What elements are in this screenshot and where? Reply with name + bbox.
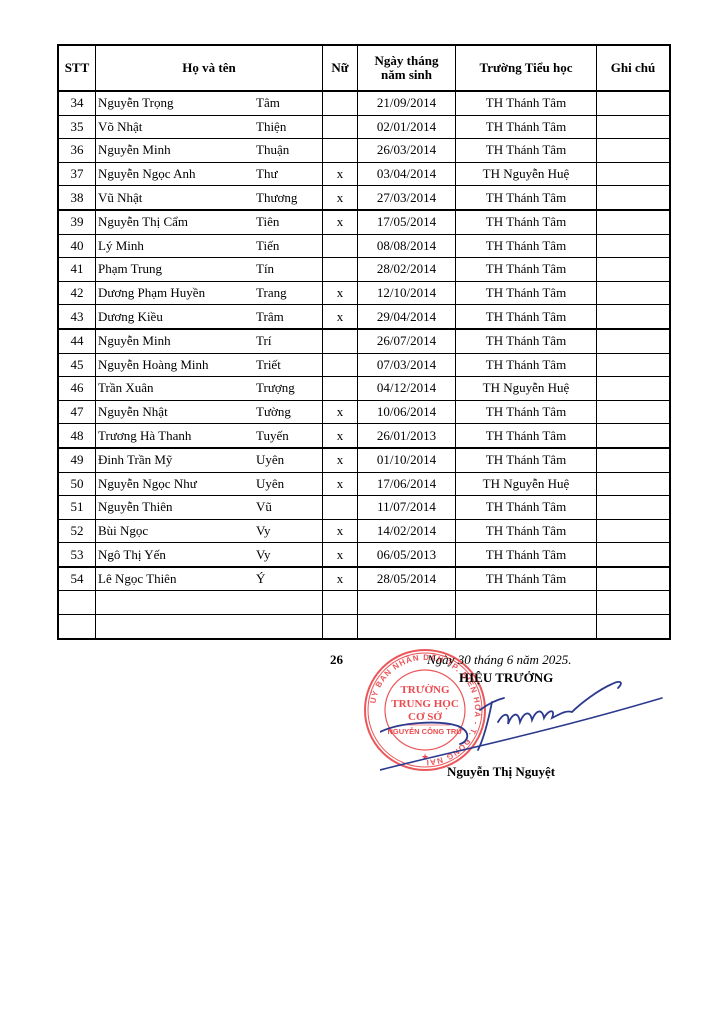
header-dob-line2: năm sinh	[381, 67, 432, 82]
cell-primary-school: TH Thánh Tâm	[456, 210, 597, 234]
cell-stt: 52	[58, 519, 96, 543]
cell-first-name: Uyên	[256, 453, 284, 467]
cell-last-name: Nguyễn Minh	[98, 143, 256, 157]
cell-date-of-birth: 26/01/2013	[358, 424, 456, 448]
cell-stt: 41	[58, 258, 96, 282]
cell-date-of-birth: 12/10/2014	[358, 281, 456, 305]
cell-first-name: Trang	[256, 286, 287, 300]
cell-last-name: Dương Kiều	[98, 310, 256, 324]
table-header-row: STT Họ và tên Nữ Ngày tháng năm sinh Trư…	[58, 45, 670, 91]
cell-primary-school: TH Thánh Tâm	[456, 139, 597, 163]
cell-first-name: Vy	[256, 548, 270, 562]
cell-first-name: Thương	[256, 191, 297, 205]
cell-female: x	[323, 210, 358, 234]
cell-stt: 51	[58, 496, 96, 520]
cell-primary-school: TH Thánh Tâm	[456, 448, 597, 472]
cell-full-name: Lê Ngọc ThiênÝ	[96, 567, 323, 591]
cell-stt	[58, 591, 96, 615]
cell-date-of-birth: 01/10/2014	[358, 448, 456, 472]
cell-last-name: Dương Phạm Huyền	[98, 286, 256, 300]
cell-note	[597, 472, 671, 496]
cell-note	[597, 186, 671, 210]
cell-date-of-birth: 08/08/2014	[358, 234, 456, 258]
cell-full-name: Nguyễn ThiênVũ	[96, 496, 323, 520]
cell-date-of-birth: 04/12/2014	[358, 377, 456, 401]
cell-female: x	[323, 448, 358, 472]
cell-first-name: Trí	[256, 334, 271, 348]
table-row: 41Phạm TrungTín28/02/2014TH Thánh Tâm	[58, 258, 670, 282]
cell-first-name: Tuyến	[256, 429, 289, 443]
cell-first-name: Tường	[256, 405, 291, 419]
cell-female: x	[323, 472, 358, 496]
cell-primary-school: TH Nguyễn Huệ	[456, 377, 597, 401]
cell-female: x	[323, 543, 358, 567]
cell-stt: 38	[58, 186, 96, 210]
table-row: 51Nguyễn ThiênVũ11/07/2014TH Thánh Tâm	[58, 496, 670, 520]
cell-full-name: Nguyễn Hoàng MinhTriết	[96, 353, 323, 377]
cell-full-name: Nguyễn NhậtTường	[96, 400, 323, 424]
cell-full-name: Trương Hà ThanhTuyến	[96, 424, 323, 448]
header-full-name: Họ và tên	[96, 45, 323, 91]
table-row: 40Lý MinhTiến08/08/2014TH Thánh Tâm	[58, 234, 670, 258]
cell-stt: 39	[58, 210, 96, 234]
cell-last-name: Bùi Ngọc	[98, 524, 256, 538]
cell-primary-school: TH Thánh Tâm	[456, 258, 597, 282]
cell-primary-school: TH Thánh Tâm	[456, 305, 597, 329]
cell-first-name: Trâm	[256, 310, 284, 324]
table-row: 49Đinh Trần MỹUyênx01/10/2014TH Thánh Tâ…	[58, 448, 670, 472]
cell-first-name: Vũ	[256, 500, 272, 514]
signer-name: Nguyễn Thị Nguyệt	[447, 764, 555, 780]
cell-primary-school: TH Thánh Tâm	[456, 424, 597, 448]
cell-full-name: Nguyễn MinhThuận	[96, 139, 323, 163]
cell-primary-school: TH Thánh Tâm	[456, 353, 597, 377]
cell-female: x	[323, 162, 358, 186]
table-row: 46Trần XuânTrượng04/12/2014TH Nguyễn Huệ	[58, 377, 670, 401]
cell-female: x	[323, 519, 358, 543]
cell-date-of-birth: 10/06/2014	[358, 400, 456, 424]
table-row: 39Nguyễn Thị CẩmTiênx17/05/2014TH Thánh …	[58, 210, 670, 234]
cell-stt: 35	[58, 115, 96, 139]
table-row: 42Dương Phạm HuyềnTrangx12/10/2014TH Thá…	[58, 281, 670, 305]
table-row	[58, 591, 670, 615]
cell-full-name: Nguyễn TrọngTâm	[96, 91, 323, 115]
cell-date-of-birth: 14/02/2014	[358, 519, 456, 543]
cell-stt	[58, 615, 96, 639]
cell-female	[323, 258, 358, 282]
cell-last-name: Phạm Trung	[98, 262, 256, 276]
cell-female	[323, 353, 358, 377]
cell-female	[323, 139, 358, 163]
cell-last-name: Vũ Nhật	[98, 191, 256, 205]
cell-note	[597, 377, 671, 401]
header-female: Nữ	[323, 45, 358, 91]
cell-date-of-birth	[358, 591, 456, 615]
cell-first-name: Tâm	[256, 96, 280, 110]
cell-note	[597, 519, 671, 543]
cell-note	[597, 258, 671, 282]
cell-first-name: Tín	[256, 262, 274, 276]
cell-note	[597, 139, 671, 163]
cell-date-of-birth: 07/03/2014	[358, 353, 456, 377]
cell-date-of-birth: 26/07/2014	[358, 329, 456, 353]
cell-last-name: Nguyễn Minh	[98, 334, 256, 348]
cell-stt: 48	[58, 424, 96, 448]
table-row: 52Bùi NgọcVyx14/02/2014TH Thánh Tâm	[58, 519, 670, 543]
cell-note	[597, 329, 671, 353]
cell-last-name: Lý Minh	[98, 239, 256, 253]
cell-last-name: Lê Ngọc Thiên	[98, 572, 256, 586]
cell-date-of-birth: 29/04/2014	[358, 305, 456, 329]
cell-date-of-birth: 27/03/2014	[358, 186, 456, 210]
cell-primary-school: TH Nguyễn Huệ	[456, 472, 597, 496]
cell-full-name: Trần XuânTrượng	[96, 377, 323, 401]
cell-female	[323, 615, 358, 639]
cell-female	[323, 591, 358, 615]
cell-date-of-birth: 28/02/2014	[358, 258, 456, 282]
cell-female: x	[323, 186, 358, 210]
table-row: 47Nguyễn NhậtTườngx10/06/2014TH Thánh Tâ…	[58, 400, 670, 424]
cell-note	[597, 210, 671, 234]
cell-date-of-birth: 28/05/2014	[358, 567, 456, 591]
cell-female: x	[323, 281, 358, 305]
cell-last-name: Trần Xuân	[98, 381, 256, 395]
cell-date-of-birth: 03/04/2014	[358, 162, 456, 186]
cell-female: x	[323, 400, 358, 424]
cell-female	[323, 496, 358, 520]
table-row: 35Võ NhậtThiện02/01/2014TH Thánh Tâm	[58, 115, 670, 139]
cell-note	[597, 424, 671, 448]
cell-first-name: Thư	[256, 167, 278, 181]
cell-last-name: Nguyễn Thị Cẩm	[98, 215, 256, 229]
cell-first-name: Triết	[256, 358, 281, 372]
cell-stt: 50	[58, 472, 96, 496]
cell-full-name: Lý MinhTiến	[96, 234, 323, 258]
cell-full-name: Đinh Trần MỹUyên	[96, 448, 323, 472]
cell-female	[323, 329, 358, 353]
cell-primary-school: TH Thánh Tâm	[456, 543, 597, 567]
table-row: 43Dương KiềuTrâmx29/04/2014TH Thánh Tâm	[58, 305, 670, 329]
cell-note	[597, 567, 671, 591]
table-row: 53Ngô Thị YếnVyx06/05/2013TH Thánh Tâm	[58, 543, 670, 567]
table-row	[58, 615, 670, 639]
cell-primary-school: TH Thánh Tâm	[456, 329, 597, 353]
cell-stt: 44	[58, 329, 96, 353]
cell-full-name: Vũ NhậtThương	[96, 186, 323, 210]
cell-stt: 45	[58, 353, 96, 377]
cell-stt: 36	[58, 139, 96, 163]
cell-stt: 40	[58, 234, 96, 258]
cell-stt: 34	[58, 91, 96, 115]
cell-note	[597, 448, 671, 472]
table-row: 50Nguyễn Ngọc NhưUyênx17/06/2014TH Nguyễ…	[58, 472, 670, 496]
cell-stt: 54	[58, 567, 96, 591]
cell-last-name: Nguyễn Thiên	[98, 500, 256, 514]
cell-primary-school: TH Thánh Tâm	[456, 115, 597, 139]
cell-note	[597, 305, 671, 329]
cell-date-of-birth	[358, 615, 456, 639]
cell-full-name: Nguyễn MinhTrí	[96, 329, 323, 353]
cell-female	[323, 377, 358, 401]
cell-primary-school	[456, 615, 597, 639]
cell-primary-school: TH Thánh Tâm	[456, 281, 597, 305]
cell-first-name: Trượng	[256, 381, 295, 395]
cell-full-name: Nguyễn Ngọc AnhThư	[96, 162, 323, 186]
cell-stt: 37	[58, 162, 96, 186]
cell-note	[597, 400, 671, 424]
cell-stt: 43	[58, 305, 96, 329]
table-row: 38Vũ NhậtThươngx27/03/2014TH Thánh Tâm	[58, 186, 670, 210]
cell-last-name: Võ Nhật	[98, 120, 256, 134]
cell-last-name: Nguyễn Ngọc Anh	[98, 167, 256, 181]
table-row: 34Nguyễn TrọngTâm21/09/2014TH Thánh Tâm	[58, 91, 670, 115]
cell-date-of-birth: 17/05/2014	[358, 210, 456, 234]
header-dob-line1: Ngày tháng	[375, 53, 439, 68]
cell-full-name: Võ NhậtThiện	[96, 115, 323, 139]
table-row: 44Nguyễn MinhTrí26/07/2014TH Thánh Tâm	[58, 329, 670, 353]
cell-note	[597, 281, 671, 305]
table-row: 54Lê Ngọc ThiênÝx28/05/2014TH Thánh Tâm	[58, 567, 670, 591]
table-body: 34Nguyễn TrọngTâm21/09/2014TH Thánh Tâm3…	[58, 91, 670, 639]
header-primary-school: Trường Tiểu học	[456, 45, 597, 91]
cell-full-name	[96, 615, 323, 639]
cell-last-name: Nguyễn Nhật	[98, 405, 256, 419]
cell-first-name: Thiện	[256, 120, 286, 134]
cell-full-name: Nguyễn Thị CẩmTiên	[96, 210, 323, 234]
cell-date-of-birth: 21/09/2014	[358, 91, 456, 115]
cell-note	[597, 591, 671, 615]
cell-female: x	[323, 424, 358, 448]
cell-note	[597, 543, 671, 567]
cell-primary-school: TH Thánh Tâm	[456, 400, 597, 424]
cell-primary-school: TH Thánh Tâm	[456, 91, 597, 115]
cell-first-name: Tiên	[256, 215, 279, 229]
header-note: Ghi chú	[597, 45, 671, 91]
cell-first-name: Thuận	[256, 143, 289, 157]
cell-full-name: Ngô Thị YếnVy	[96, 543, 323, 567]
cell-note	[597, 615, 671, 639]
cell-primary-school	[456, 591, 597, 615]
cell-note	[597, 162, 671, 186]
cell-last-name: Trương Hà Thanh	[98, 429, 256, 443]
signing-date: Ngày 30 tháng 6 năm 2025.	[427, 652, 571, 668]
cell-last-name: Ngô Thị Yến	[98, 548, 256, 562]
cell-first-name: Tiến	[256, 239, 279, 253]
cell-female	[323, 234, 358, 258]
cell-primary-school: TH Thánh Tâm	[456, 186, 597, 210]
cell-date-of-birth: 02/01/2014	[358, 115, 456, 139]
cell-full-name: Dương KiềuTrâm	[96, 305, 323, 329]
cell-stt: 53	[58, 543, 96, 567]
cell-note	[597, 234, 671, 258]
cell-full-name: Phạm TrungTín	[96, 258, 323, 282]
cell-full-name: Nguyễn Ngọc NhưUyên	[96, 472, 323, 496]
cell-stt: 42	[58, 281, 96, 305]
cell-full-name: Dương Phạm HuyềnTrang	[96, 281, 323, 305]
cell-female	[323, 115, 358, 139]
cell-full-name: Bùi NgọcVy	[96, 519, 323, 543]
student-roster-table: STT Họ và tên Nữ Ngày tháng năm sinh Trư…	[57, 44, 671, 640]
header-date-of-birth: Ngày tháng năm sinh	[358, 45, 456, 91]
cell-date-of-birth: 06/05/2013	[358, 543, 456, 567]
cell-note	[597, 115, 671, 139]
cell-first-name: Uyên	[256, 477, 284, 491]
cell-last-name: Nguyễn Ngọc Như	[98, 477, 256, 491]
cell-stt: 46	[58, 377, 96, 401]
cell-date-of-birth: 26/03/2014	[358, 139, 456, 163]
cell-female: x	[323, 305, 358, 329]
cell-last-name: Nguyễn Hoàng Minh	[98, 358, 256, 372]
cell-last-name: Đinh Trần Mỹ	[98, 453, 256, 467]
cell-note	[597, 353, 671, 377]
cell-female: x	[323, 567, 358, 591]
cell-full-name	[96, 591, 323, 615]
cell-note	[597, 496, 671, 520]
header-stt: STT	[58, 45, 96, 91]
cell-first-name: Vy	[256, 524, 270, 538]
cell-female	[323, 91, 358, 115]
page-number: 26	[330, 652, 343, 668]
cell-primary-school: TH Thánh Tâm	[456, 567, 597, 591]
cell-date-of-birth: 11/07/2014	[358, 496, 456, 520]
cell-primary-school: TH Thánh Tâm	[456, 234, 597, 258]
cell-stt: 49	[58, 448, 96, 472]
table-row: 36Nguyễn MinhThuận26/03/2014TH Thánh Tâm	[58, 139, 670, 163]
table-row: 48Trương Hà ThanhTuyếnx26/01/2013TH Thán…	[58, 424, 670, 448]
cell-first-name: Ý	[256, 572, 265, 586]
table-row: 45Nguyễn Hoàng MinhTriết07/03/2014TH Thá…	[58, 353, 670, 377]
table-row: 37Nguyễn Ngọc AnhThưx03/04/2014TH Nguyễn…	[58, 162, 670, 186]
cell-primary-school: TH Nguyễn Huệ	[456, 162, 597, 186]
cell-stt: 47	[58, 400, 96, 424]
cell-primary-school: TH Thánh Tâm	[456, 519, 597, 543]
cell-primary-school: TH Thánh Tâm	[456, 496, 597, 520]
cell-last-name: Nguyễn Trọng	[98, 96, 256, 110]
cell-date-of-birth: 17/06/2014	[358, 472, 456, 496]
cell-note	[597, 91, 671, 115]
